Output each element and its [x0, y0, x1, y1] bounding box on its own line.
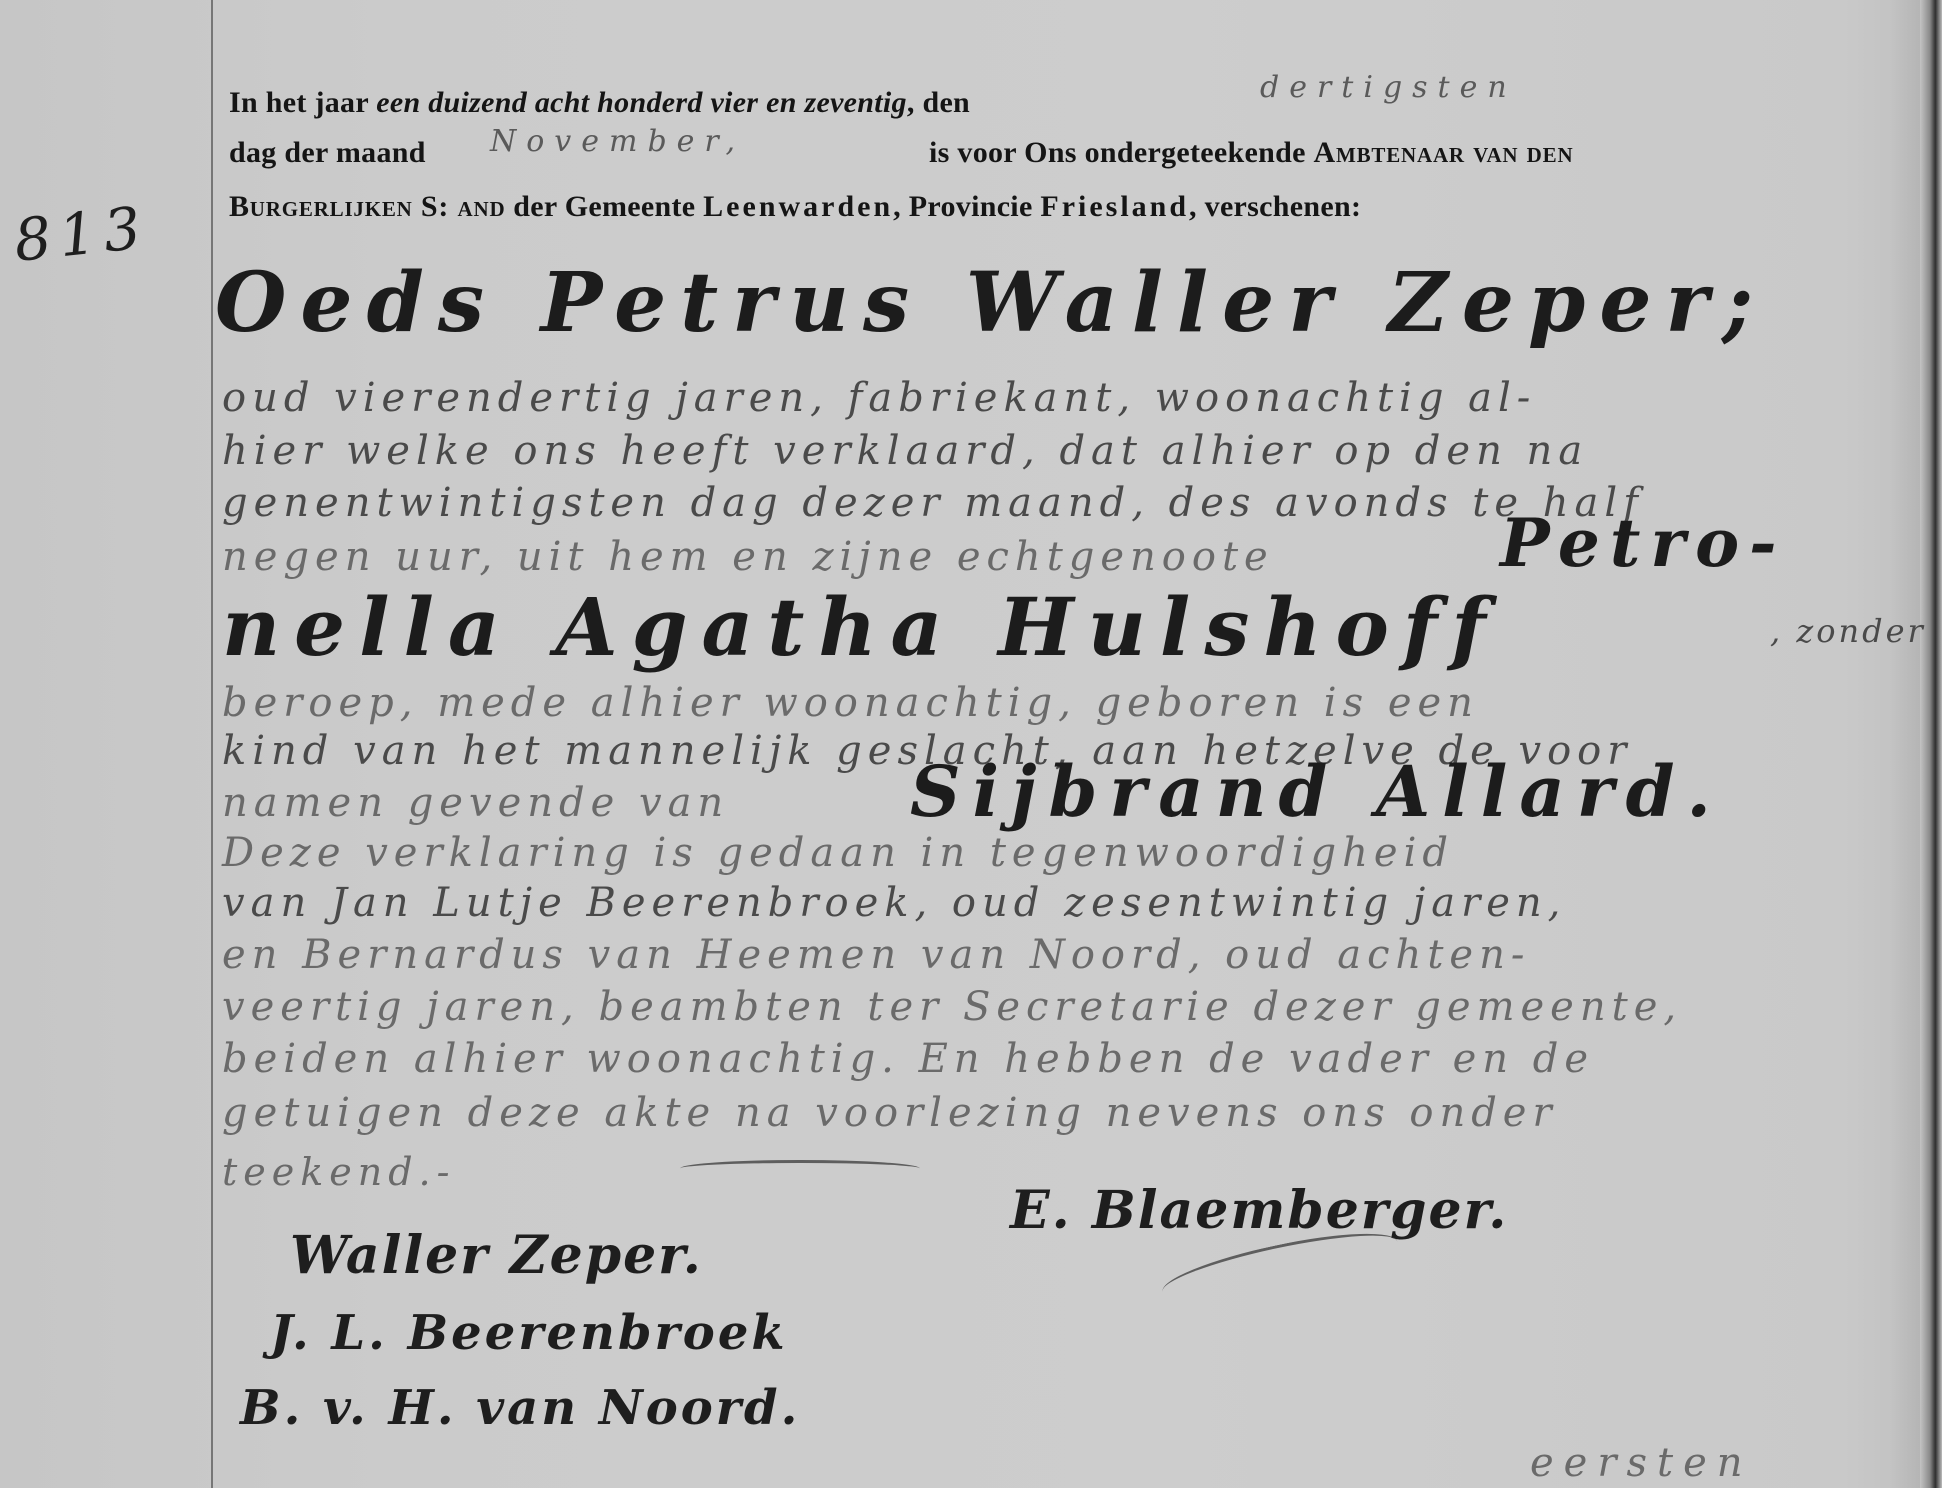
printed-text: , verschenen:: [1189, 190, 1361, 223]
handwritten-line: veertig jaren, beambten ter Secretarie d…: [222, 984, 1682, 1030]
signature-official: E. Blaemberger.: [1010, 1180, 1508, 1241]
printed-line-1: In het jaar een duizend acht honderd vie…: [229, 86, 970, 120]
signature-witness-1: J. L. Beerenbroek: [270, 1305, 788, 1361]
handwritten-father-name: Oeds Petrus Waller Zeper;: [215, 255, 1767, 351]
signature-witness-2: B. v. H. van Noord.: [240, 1380, 800, 1436]
handwritten-line: en Bernardus van Heemen van Noord, oud a…: [222, 932, 1530, 978]
page-gutter-shadow: [1890, 0, 1920, 1488]
printed-text: dag der maand: [229, 136, 426, 169]
margin-rule-line: [211, 0, 213, 1488]
handwritten-line: hier welke ons heeft verklaard, dat alhi…: [222, 428, 1588, 474]
handwritten-line: teekend.-: [222, 1150, 455, 1194]
handwritten-line: negen uur, uit hem en zijne echtgenoote: [222, 534, 1274, 580]
printed-text: , Provincie: [893, 190, 1032, 223]
printed-caps: Ambtenaar van den: [1314, 136, 1574, 169]
printed-text: is voor Ons ondergeteekende: [929, 136, 1306, 169]
handwritten-line: getuigen deze akte na voorlezing nevens …: [222, 1090, 1558, 1136]
handwritten-mother-name-start: Petro-: [1500, 504, 1787, 582]
signature-father: Waller Zeper.: [290, 1225, 703, 1286]
handwritten-line: genentwintigsten dag dezer maand, des av…: [222, 480, 1644, 526]
printed-province: Friesland: [1040, 190, 1189, 223]
handwritten-line: oud vierendertig jaren, fabriekant, woon…: [222, 375, 1536, 421]
printed-text: , den: [907, 86, 970, 119]
book-binding-edge: [1920, 0, 1942, 1488]
handwritten-line: beiden alhier woonachtig. En hebben de v…: [222, 1036, 1594, 1082]
printed-year-italic: een duizend acht honderd vier en zeventi…: [376, 86, 907, 119]
printed-municipality: Leenwarden: [703, 190, 893, 223]
handwritten-day: dertigsten: [1260, 70, 1517, 105]
handwritten-line: namen gevende van: [222, 780, 729, 826]
record-number: 813: [11, 193, 152, 275]
printed-text: In het jaar: [229, 86, 368, 119]
handwritten-month: November,: [490, 124, 745, 159]
flourish-line: [680, 1160, 920, 1177]
document-page: 813 In het jaar een duizend acht honderd…: [0, 0, 1942, 1488]
printed-line-2-right: is voor Ons ondergeteekende Ambtenaar va…: [929, 136, 1573, 170]
next-record-fragment: eersten: [1530, 1440, 1753, 1486]
printed-text: der Gemeente: [513, 190, 695, 223]
printed-line-2: dag der maand: [229, 136, 426, 170]
handwritten-child-name: Sijbrand Allard.: [910, 750, 1723, 833]
handwritten-line: Deze verklaring is gedaan in tegenwoordi…: [222, 830, 1454, 876]
handwritten-line: beroep, mede alhier woonachtig, geboren …: [222, 680, 1479, 726]
handwritten-line: van Jan Lutje Beerenbroek, oud zesentwin…: [222, 880, 1566, 926]
handwritten-mother-name: nella Agatha Hulshoff: [222, 580, 1500, 674]
printed-line-3: Burgerlijken S: and der Gemeente Leenwar…: [229, 190, 1361, 224]
printed-caps: Burgerlijken S: and: [229, 190, 505, 223]
handwritten-line: , zonder: [1770, 612, 1926, 650]
